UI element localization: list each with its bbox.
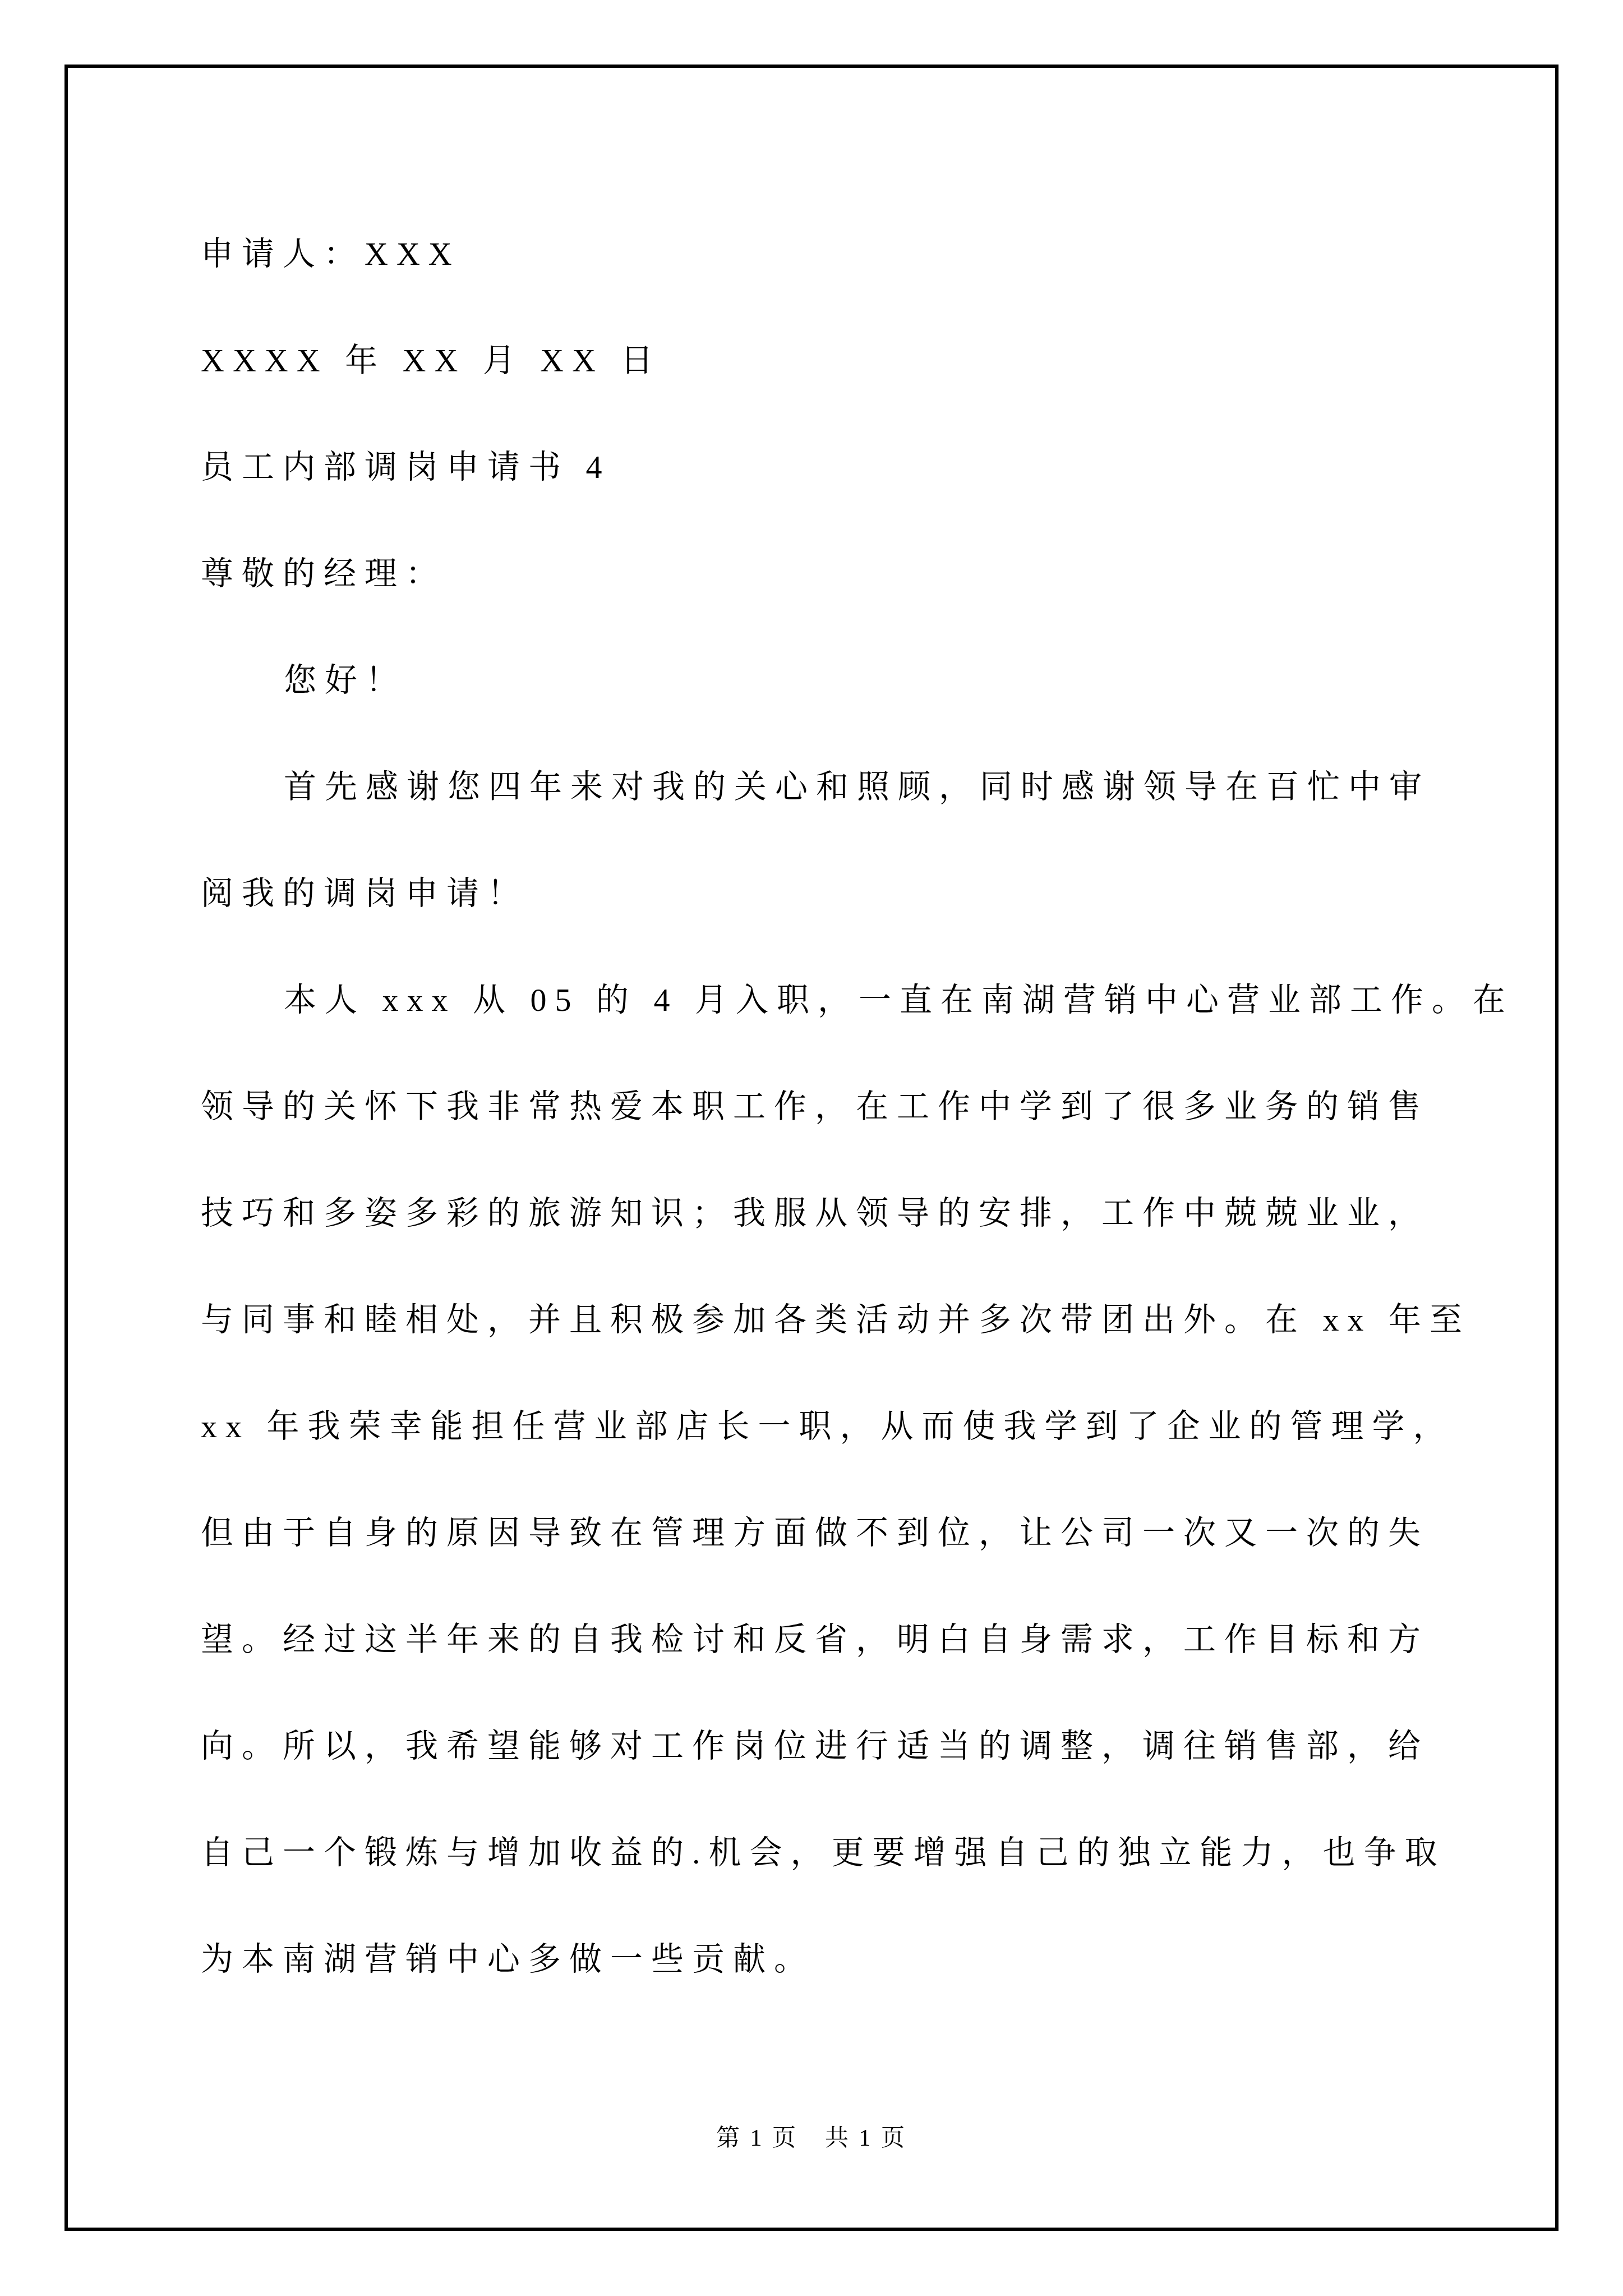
footer-total-pages: 共 1 页 xyxy=(825,2125,907,2151)
text-line: 与同事和睦相处，并且积极参加各类活动并多次带团出外。在 xx 年至 xyxy=(201,1267,1435,1373)
footer-page-number: 第 1 页 xyxy=(716,2125,798,2151)
text-line: 自己一个锻炼与增加收益的.机会，更要增强自己的独立能力，也争取 xyxy=(201,1800,1435,1906)
text-line: 尊敬的经理： xyxy=(201,521,1435,627)
text-line: 员工内部调岗申请书 4 xyxy=(201,414,1435,521)
text-line: 阅我的调岗申请！ xyxy=(201,840,1435,947)
text-line: xx 年我荣幸能担任营业部店长一职，从而使我学到了企业的管理学， xyxy=(201,1373,1435,1480)
text-line: 您好！ xyxy=(201,627,1435,734)
text-line: 本人 xxx 从 05 的 4 月入职，一直在南湖营销中心营业部工作。在 xyxy=(201,947,1435,1053)
text-line: 望。经过这半年来的自我检讨和反省，明白自身需求，工作目标和方 xyxy=(201,1586,1435,1693)
text-line: 技巧和多姿多彩的旅游知识；我服从领导的安排，工作中兢兢业业， xyxy=(201,1160,1435,1267)
page-footer: 第 1 页共 1 页 xyxy=(0,2116,1623,2161)
text-line: 但由于自身的原因导致在管理方面做不到位，让公司一次又一次的失 xyxy=(201,1480,1435,1586)
text-line: 申请人：XXX xyxy=(201,201,1435,307)
text-line: 领导的关怀下我非常热爱本职工作，在工作中学到了很多业务的销售 xyxy=(201,1053,1435,1160)
document-body-text: 申请人：XXXXXXX 年 XX 月 XX 日员工内部调岗申请书 4尊敬的经理：… xyxy=(201,201,1435,2013)
text-line: 首先感谢您四年来对我的关心和照顾，同时感谢领导在百忙中审 xyxy=(201,734,1435,840)
text-line: 向。所以，我希望能够对工作岗位进行适当的调整，调往销售部，给 xyxy=(201,1693,1435,1800)
text-line: XXXX 年 XX 月 XX 日 xyxy=(201,307,1435,414)
text-line: 为本南湖营销中心多做一些贡献。 xyxy=(201,1906,1435,2013)
